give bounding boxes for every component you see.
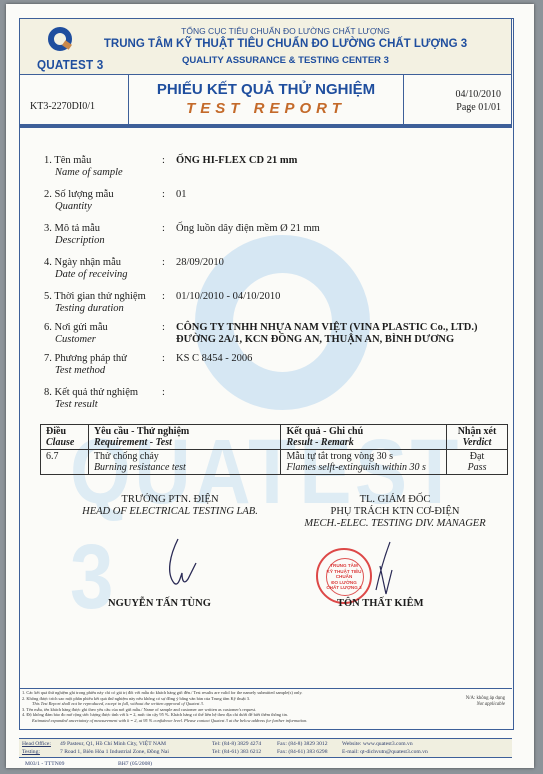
description-value: Ống luồn dây điện mềm Ø 21 mm [176,223,320,234]
divider [19,688,512,689]
sample-name-value: ỐNG HI-FLEX CD 21 mm [176,155,297,166]
left-signatory-name: NGUYỄN TẤN TÙNG [108,598,211,609]
center-name-en: QUALITY ASSURANCE & TESTING CENTER 3 [20,55,511,66]
title-band: KT3-2270DI0/1 PHIẾU KẾT QUẢ THỬ NGHIỆM T… [19,75,512,125]
doc-reference: M03/1 - TTTN09 [25,761,64,767]
right-signatory-title: TL. GIÁM ĐỐC PHỤ TRÁCH KTN CƠ-ĐIỆN MECH.… [285,494,505,530]
requirement-cell: Thử chống cháyBurning resistance test [88,450,281,475]
table-header-row: ĐiềuClause Yêu cầu - Thử nghiệmRequireme… [41,425,508,450]
signature-right-icon [366,540,396,600]
left-signatory-title: TRƯỞNG PTN. ĐIỆN HEAD OF ELECTRICAL TEST… [60,494,280,518]
email-link[interactable]: E-mail: qt-dichvutn@quatest3.com.vn [342,749,428,755]
quantity-value: 01 [176,189,187,200]
report-date: 04/10/2010 [455,89,501,100]
signature-left-icon [160,535,200,595]
clause-cell: 6.7 [41,450,89,475]
verdict-cell: ĐạtPass [447,450,508,475]
agency-name: TỔNG CỤC TIÊU CHUẨN ĐO LƯỜNG CHẤT LƯỢNG [20,26,511,36]
letterhead: QUATEST 3 TỔNG CỤC TIÊU CHUẨN ĐO LƯỜNG C… [19,18,512,75]
table-row: 6.7 Thử chống cháyBurning resistance tes… [41,450,508,475]
page-title-vn: PHIẾU KẾT QUẢ THỬ NGHIỆM [128,81,404,98]
results-table: ĐiềuClause Yêu cầu - Thử nghiệmRequireme… [40,424,508,475]
na-legend: N/A: không áp dụng Not applicable [455,696,505,708]
divider [19,125,512,128]
testing-duration-value: 01/10/2010 - 04/10/2010 [176,291,280,302]
result-cell: Mẫu tự tắt trong vòng 30 sFlames selft-e… [281,450,447,475]
report-number: KT3-2270DI0/1 [30,101,95,112]
doc-revision: BH7 (05/2008) [118,761,152,767]
official-stamp-icon: TRUNG TÂM KỸ THUẬT TIÊU CHUẨN ĐO LƯỜNG C… [316,548,372,604]
footnotes: 1. Các kết quả thử nghiệm ghi trong phiế… [22,690,442,724]
date-received-value: 28/09/2010 [176,257,224,268]
office-contacts: Head Office: 49 Pasteur, Q1, Hồ Chí Minh… [19,738,512,758]
test-method-value: KS C 8454 - 2006 [176,353,252,364]
right-signatory-name: TÔN THẤT KIÊM [337,598,424,609]
customer-address-value: ĐƯỜNG 2A/1, KCN ĐỒNG AN, THUẬN AN, BÌNH … [176,334,454,345]
page-title-en: TEST REPORT [128,100,404,117]
page-number: Page 01/01 [456,102,501,113]
customer-name-value: CÔNG TY TNHH NHỰA NAM VIỆT (VINA PLASTIC… [176,322,477,333]
center-name-vn: TRUNG TÂM KỸ THUẬT TIÊU CHUẨN ĐO LƯỜNG C… [20,38,511,50]
website-link[interactable]: Website: www.quatest3.com.vn [342,741,413,747]
